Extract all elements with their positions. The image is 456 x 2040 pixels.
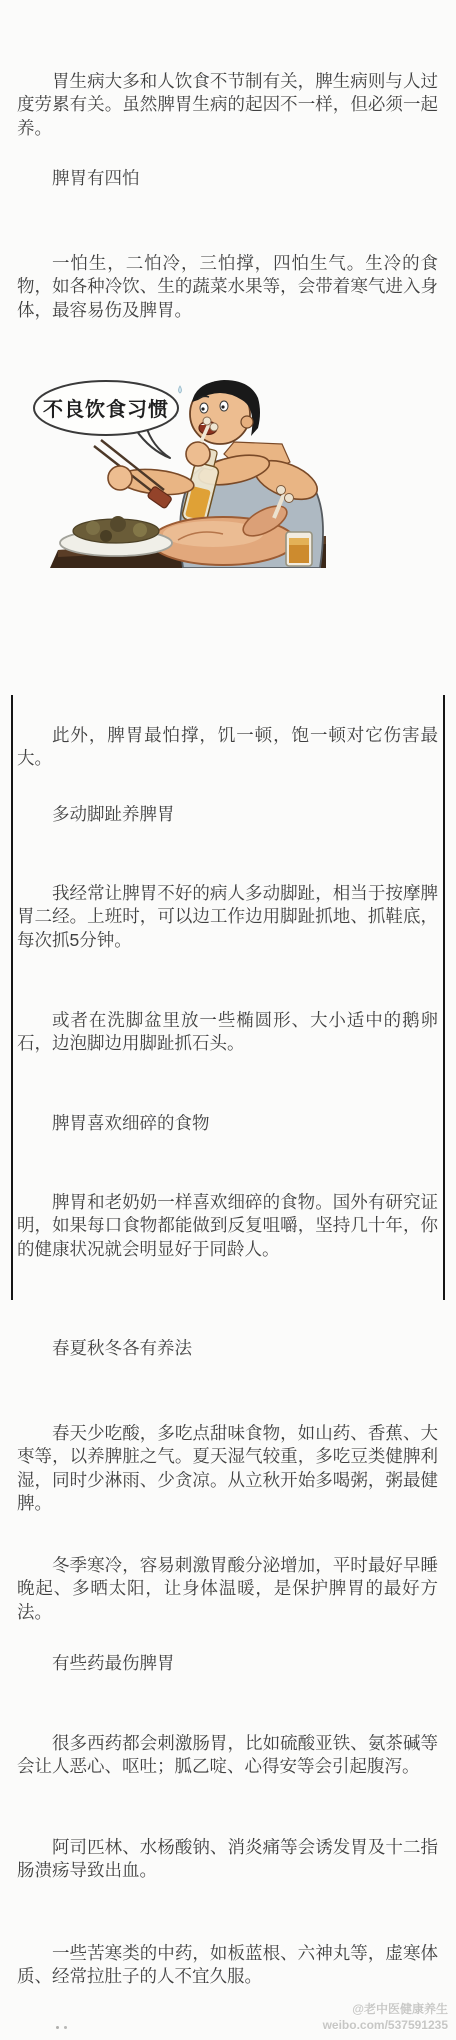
medicine-paragraph-2: 阿司匹林、水杨酸钠、消炎痛等会诱发胃及十二指肠溃疡导致出血。 [17, 1836, 438, 1883]
watermark-handle: @老中医健康养生 [323, 2001, 448, 2017]
speech-bubble-text: 不良饮食习惯 [43, 397, 169, 421]
intro-paragraph: 胃生病大多和人饮食不节制有关，脾生病则与人过度劳累有关。虽然脾胃生病的起因不一样… [17, 70, 438, 141]
watermark: @老中医健康养生 weibo.com/537591235 [323, 2001, 448, 2033]
toes-paragraph-2: 或者在洗脚盆里放一些椭圆形、大小适中的鹅卵石，边泡脚边用脚趾抓石头。 [17, 1009, 438, 1056]
food-plate [60, 516, 172, 556]
heading-medicine: 有些药最伤脾胃 [17, 1652, 438, 1676]
toes-paragraph-1: 我经常让脾胃不好的病人多动脚趾，相当于按摩脾胃二经。上班时，可以边工作边用脚趾抓… [17, 882, 438, 953]
watermark-url: weibo.com/537591235 [323, 2017, 448, 2033]
seasons-paragraph-2: 冬季寒冷，容易刺激胃酸分泌增加，平时最好早睡晚起、多晒太阳，让身体温暖，是保护脾… [17, 1554, 438, 1625]
medicine-paragraph-1: 很多西药都会刺激肠胃，比如硫酸亚铁、氨茶碱等会让人恶心、呕吐；胍乙啶、心得安等会… [17, 1732, 438, 1779]
man-right-fist [108, 466, 132, 490]
sweat-drop [179, 386, 182, 393]
medicine-paragraph-3: 一些苦寒类的中药，如板蓝根、六神丸等，虚寒体质、经常拉肚子的人不宜久服。 [17, 1942, 438, 1989]
heading-seasons: 春夏秋冬各有养法 [17, 1337, 438, 1361]
beer-glass [286, 532, 312, 566]
fine-food-paragraph: 脾胃和老奶奶一样喜欢细碎的食物。国外有研究证明，如果每口食物都能做到反复咀嚼，坚… [17, 1191, 438, 1262]
speech-bubble: 不良饮食习惯 [34, 381, 178, 458]
heading-fine-food: 脾胃喜欢细碎的食物 [17, 1112, 438, 1136]
heading-four-fears: 脾胃有四怕 [17, 167, 438, 191]
overeat-paragraph: 此外，脾胃最怕撑，饥一顿，饱一顿对它伤害最大。 [17, 724, 438, 771]
article-page: 胃生病大多和人饮食不节制有关，脾生病则与人过度劳累有关。虽然脾胃生病的起因不一样… [0, 0, 456, 2040]
four-fears-paragraph: 一怕生，二怕冷，三怕撑，四怕生气。生冷的食物，如各种冷饮、生的蔬菜水果等，会带着… [17, 252, 438, 323]
cartoon-illustration: 不良饮食习惯 [28, 378, 328, 568]
seasons-paragraph-1: 春天少吃酸，多吃点甜味食物，如山药、香蕉、大枣等，以养脾脏之气。夏天湿气较重，多… [17, 1422, 438, 1516]
man-left-fist [186, 442, 210, 466]
image-artifact-specks [56, 2026, 59, 2029]
heading-move-toes: 多动脚趾养脾胃 [17, 803, 438, 827]
